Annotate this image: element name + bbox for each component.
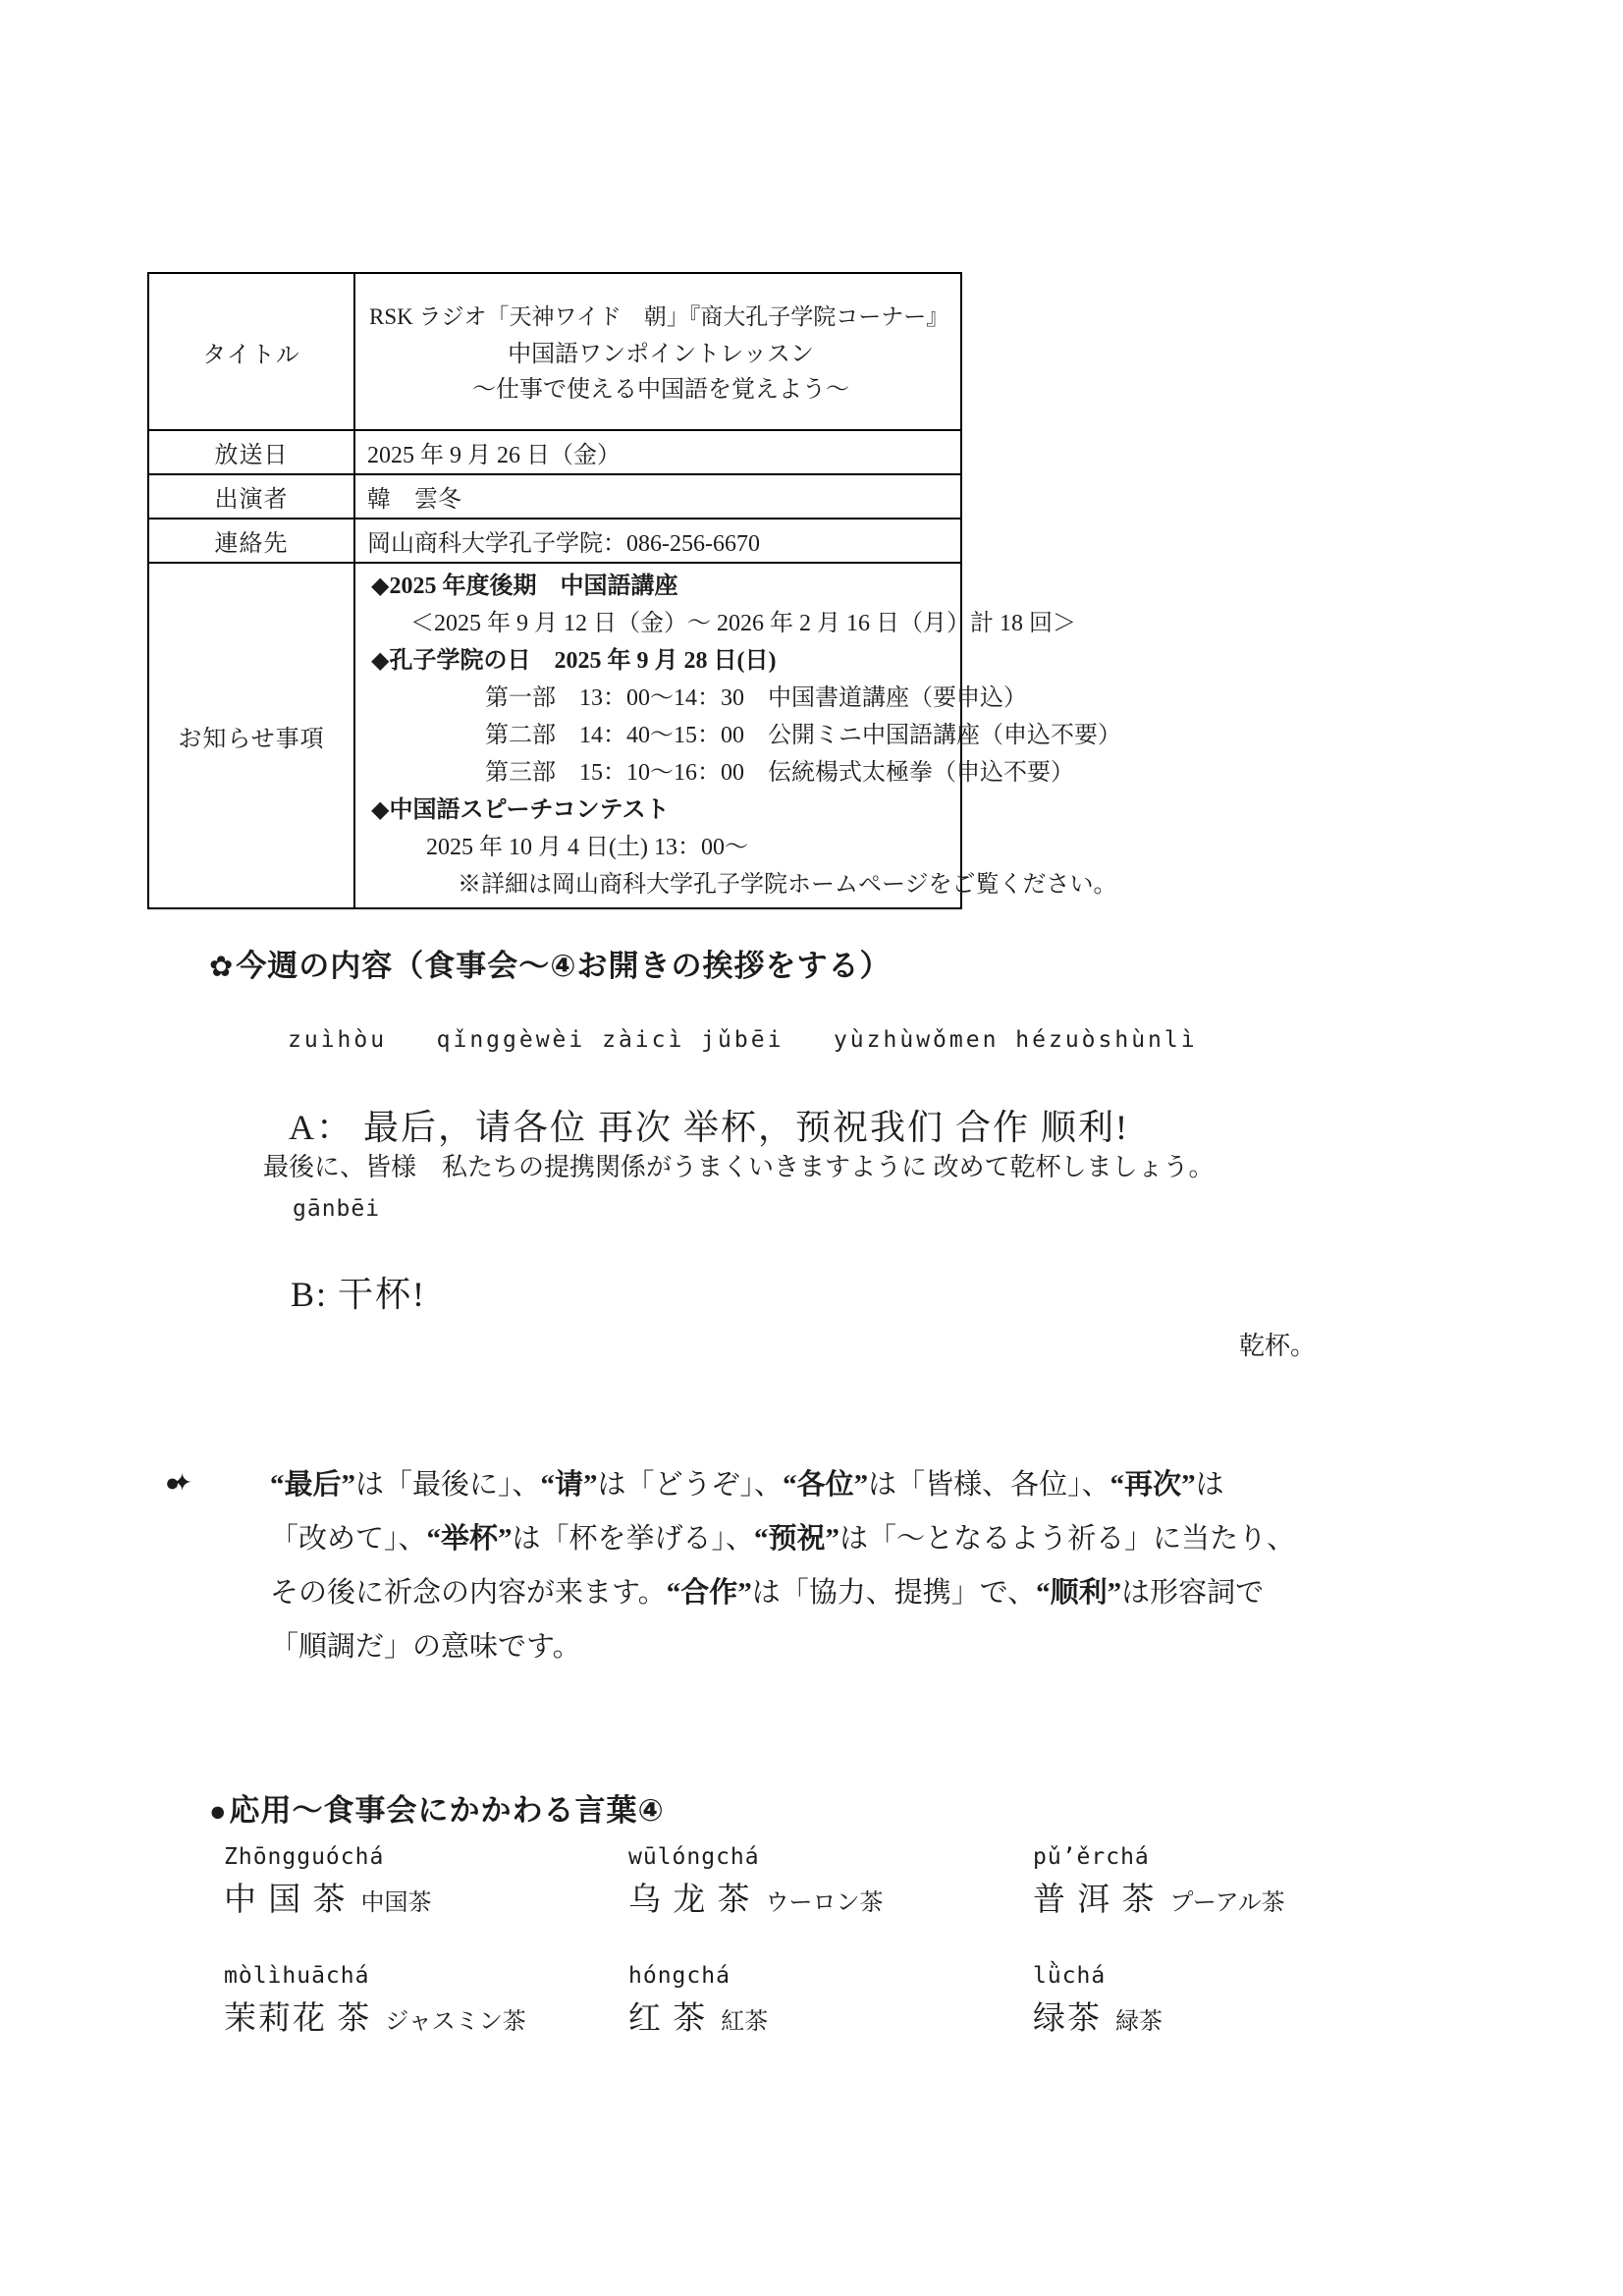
dialogue-a-pinyin: zuìhòu qǐnggèwèi zàicì jǔbēi yùzhùwǒmen … — [288, 1027, 1198, 1053]
dialogue-a-translation: 最後に、皆様 私たちの提携関係がうまくいきますように 改めて乾杯しましょう。 — [263, 1147, 1215, 1183]
table-row-notices: お知らせ事項 ◆2025 年度後期 中国語講座 ＜2025 年 9 月 12 日… — [148, 563, 961, 908]
vocab-gloss: 緑茶 — [1115, 2009, 1163, 2035]
lesson-subtitle: ～仕事で使える中国語を覚えよう～ — [367, 372, 954, 408]
table-row-broadcast-date: 放送日 2025 年 9 月 26 日（金） — [148, 430, 961, 474]
explanation-note: ●✦ “最后”は「最後に」、“请”は「どうぞ」、“各位”は「皆様、各位」、“再次… — [165, 1458, 1295, 1674]
vocab-item-wulongcha: wūlóngchá 乌 龙 茶ウーロン茶 — [628, 1844, 1033, 1920]
vocab-item-molihuacha: mòlìhuāchá 茉莉花 茶ジャスミン茶 — [224, 1963, 628, 2039]
table-row-title: タイトル RSK ラジオ「天神ワイド 朝」『商大孔子学院コーナー』 中国語ワンポ… — [148, 273, 961, 430]
vocab-item-zhongguocha: Zhōngguóchá 中 国 茶中国茶 — [224, 1844, 628, 1920]
vocab-gloss: プーアル茶 — [1170, 1890, 1285, 1916]
broadcast-date-label: 放送日 — [148, 430, 354, 474]
document-page: タイトル RSK ラジオ「天神ワイド 朝」『商大孔子学院コーナー』 中国語ワンポ… — [0, 0, 1623, 2296]
note-line-1: “最后”は「最後に」、“请”は「どうぞ」、“各位”は「皆様、各位」、“再次”は — [270, 1458, 1295, 1512]
lesson-title: 中国語ワンポイントレッスン — [367, 337, 954, 372]
note-line-3: その後に祈念の内容が来ます。“合作”は「協力、提携」で、“顺利”は形容詞で — [270, 1566, 1295, 1620]
info-table: タイトル RSK ラジオ「天神ワイド 朝」『商大孔子学院コーナー』 中国語ワンポ… — [147, 272, 962, 909]
notice-course-period: ＜2025 年 9 月 12 日（金）～ 2026 年 2 月 16 日（月）計… — [367, 605, 954, 642]
vocab-pinyin: lǜchá — [1033, 1963, 1437, 1989]
dialogue-b-pinyin: gānbēi — [293, 1196, 380, 1222]
weekly-heading-text: 今週の内容（食事会～④お開きの挨拶をする） — [236, 949, 891, 983]
notices-label: お知らせ事項 — [148, 563, 354, 908]
notice-institute-day: ◆孔子学院の日 2025 年 9 月 28 日(日) — [367, 642, 954, 680]
circle-bullet-icon: ● — [209, 1796, 228, 1828]
dialogue-b-line: B:干杯! — [247, 1226, 426, 1358]
vocab-item-hongcha: hóngchá 红 茶紅茶 — [628, 1963, 1033, 2039]
note-bullet-icon: ●✦ — [165, 1468, 185, 1498]
contact-label: 連絡先 — [148, 519, 354, 563]
notice-speech-contest-date: 2025 年 10 月 4 日(土) 13：00～ — [367, 829, 954, 866]
vocab-pinyin: wūlóngchá — [628, 1844, 1033, 1870]
notice-part2: 第二部 14：40～15：00 公開ミニ中国語講座（申込不要） — [367, 717, 954, 754]
notice-course-heading: ◆2025 年度後期 中国語講座 — [367, 568, 954, 605]
broadcast-date-value: 2025 年 9 月 26 日（金） — [354, 430, 961, 474]
dialogue-b-text: 干杯! — [338, 1275, 426, 1314]
note-line-4: 「順調だ」の意味です。 — [270, 1620, 1295, 1674]
vocab-word: 中 国 茶 — [224, 1883, 348, 1918]
vocab-grid: Zhōngguóchá 中 国 茶中国茶 wūlóngchá 乌 龙 茶ウーロン… — [224, 1844, 1437, 2039]
note-text: “最后”は「最後に」、“请”は「どうぞ」、“各位”は「皆様、各位」、“再次”は … — [270, 1458, 1295, 1674]
weekly-heading: ✿今週の内容（食事会～④お開きの挨拶をする） — [209, 941, 892, 985]
notice-part1: 第一部 13：00～14：30 中国書道講座（要申込） — [367, 680, 954, 717]
vocab-word: 绿茶 — [1033, 2001, 1102, 2037]
notice-detail-link: ※詳細は岡山商科大学孔子学院ホームページをご覧ください。 — [367, 866, 954, 903]
title-content: RSK ラジオ「天神ワイド 朝」『商大孔子学院コーナー』 中国語ワンポイントレッ… — [354, 273, 961, 430]
performer-label: 出演者 — [148, 474, 354, 519]
vocab-word: 乌 龙 茶 — [628, 1883, 752, 1918]
speaker-b: B: — [291, 1275, 328, 1314]
vocab-pinyin: pǔ’ěrchá — [1033, 1844, 1437, 1870]
vocab-item-puercha: pǔ’ěrchá 普 洱 茶プーアル茶 — [1033, 1844, 1437, 1920]
vocab-pinyin: hóngchá — [628, 1963, 1033, 1989]
table-row-contact: 連絡先 岡山商科大学孔子学院：086-256-6670 — [148, 519, 961, 563]
vocab-pinyin: mòlìhuāchá — [224, 1963, 628, 1989]
performer-value: 韓 雲冬 — [354, 474, 961, 519]
vocab-pinyin: Zhōngguóchá — [224, 1844, 628, 1870]
dialogue-b-translation: 乾杯。 — [1239, 1326, 1316, 1362]
speaker-a: A： — [289, 1108, 353, 1147]
flower-bullet-icon: ✿ — [209, 952, 234, 983]
vocab-heading-text: 応用～食事会にかかわる言葉④ — [230, 1793, 665, 1828]
vocab-gloss: ジャスミン茶 — [385, 2009, 526, 2035]
vocab-word: 红 茶 — [628, 2001, 707, 2037]
program-title: RSK ラジオ「天神ワイド 朝」『商大孔子学院コーナー』 — [367, 297, 954, 337]
vocab-item-lvcha: lǜchá 绿茶緑茶 — [1033, 1963, 1437, 2039]
contact-value: 岡山商科大学孔子学院：086-256-6670 — [354, 519, 961, 563]
vocab-gloss: ウーロン茶 — [766, 1890, 884, 1916]
notice-part3: 第三部 15：10～16：00 伝統楊式太極拳（申込不要） — [367, 754, 954, 792]
vocab-word: 普 洱 茶 — [1033, 1883, 1157, 1918]
vocab-word: 茉莉花 茶 — [224, 2001, 371, 2037]
dialogue-a-text: 最后，请各位 再次 举杯，预祝我们 合作 顺利! — [363, 1108, 1129, 1147]
notice-speech-contest: ◆中国語スピーチコンテスト — [367, 792, 954, 829]
title-label: タイトル — [148, 273, 354, 430]
notices-content: ◆2025 年度後期 中国語講座 ＜2025 年 9 月 12 日（金）～ 20… — [354, 563, 961, 908]
vocab-gloss: 中国茶 — [361, 1890, 432, 1916]
vocab-gloss: 紅茶 — [721, 2009, 768, 2035]
table-row-performer: 出演者 韓 雲冬 — [148, 474, 961, 519]
vocab-heading: ●応用～食事会にかかわる言葉④ — [209, 1785, 665, 1830]
note-line-2: 「改めて」、“举杯”は「杯を挙げる」、“预祝”は「～となるよう祈る」に当たり、 — [270, 1512, 1295, 1566]
